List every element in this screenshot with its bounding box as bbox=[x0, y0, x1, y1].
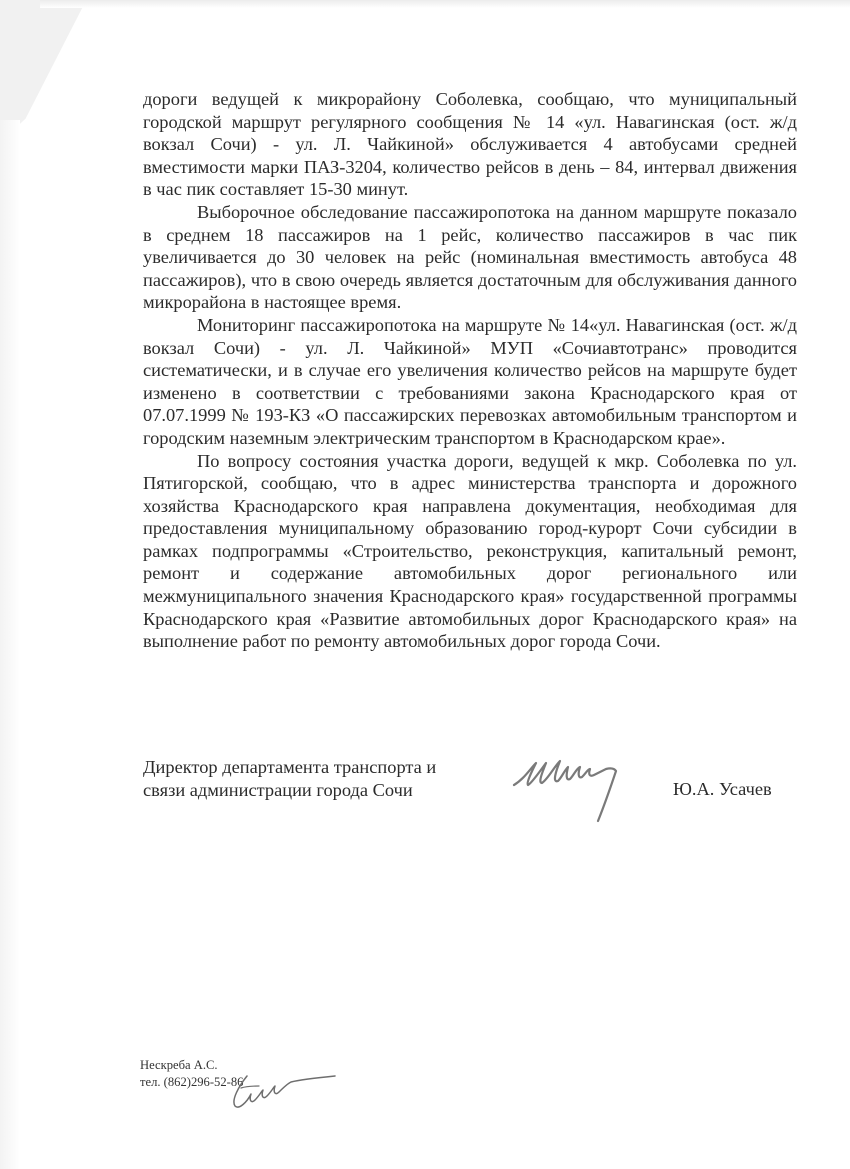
signer-position-line-1: Директор департамента транспорта и bbox=[143, 756, 436, 779]
signer-position: Директор департамента транспорта и связи… bbox=[143, 756, 436, 801]
letter-body: дороги ведущей к микрорайону Соболевка, … bbox=[143, 88, 797, 653]
handwritten-signature-icon bbox=[510, 755, 650, 835]
paragraph-route-info: дороги ведущей к микрорайону Соболевка, … bbox=[143, 88, 797, 201]
scan-corner-fold bbox=[0, 0, 85, 125]
executor-signature-icon bbox=[225, 1068, 365, 1113]
document-page: дороги ведущей к микрорайону Соболевка, … bbox=[0, 0, 850, 1169]
scan-left-edge-shadow bbox=[0, 120, 20, 1169]
paragraph-passenger-survey: Выборочное обследование пассажиропотока … bbox=[143, 201, 797, 314]
paragraph-monitoring: Мониторинг пассажиропотока на маршруте №… bbox=[143, 314, 797, 450]
signer-position-line-2: связи администрации города Сочи bbox=[143, 779, 436, 802]
paragraph-road-condition: По вопросу состояния участка дороги, вед… bbox=[143, 450, 797, 653]
scan-top-edge-shadow bbox=[40, 0, 850, 8]
signer-name: Ю.А. Усачев bbox=[673, 778, 772, 801]
